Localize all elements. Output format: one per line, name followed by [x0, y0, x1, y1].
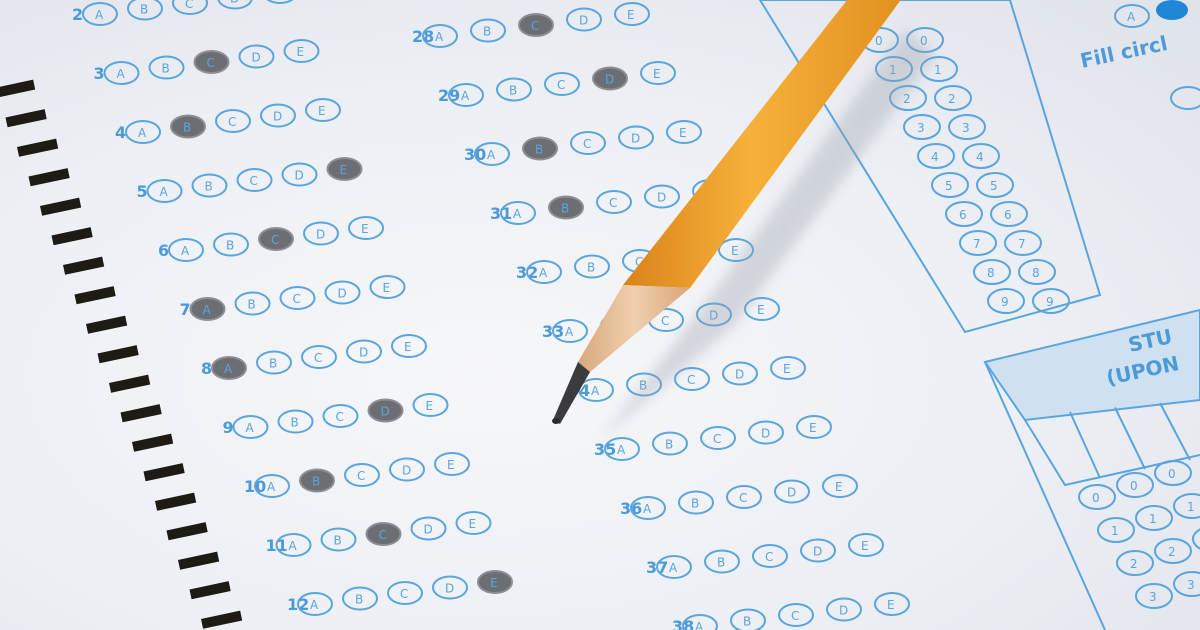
pencil: [0, 0, 1200, 630]
answer-sheet-photo: 2ABCDE3ABCDE4ABCDE5ABCDE6ABCDE7ABCDE8ABC…: [0, 0, 1200, 630]
pencil-lead: [553, 362, 590, 424]
